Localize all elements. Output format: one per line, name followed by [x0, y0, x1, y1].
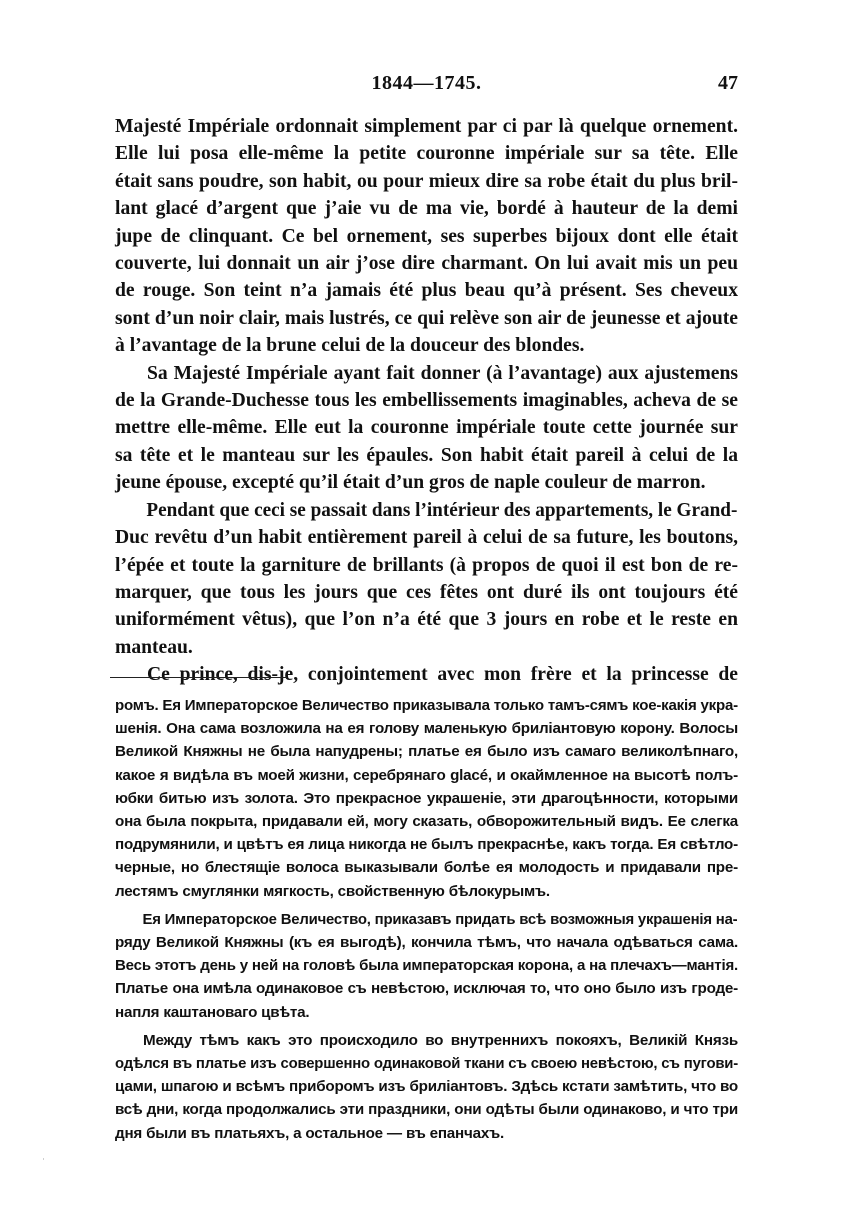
footnote-line: лестямъ смуглянки мягкость, свойственную…	[115, 880, 738, 903]
footnote-line: цами, шпагою и всѣмъ приборомъ изъ брилі…	[115, 1075, 738, 1098]
footnote-line: Великой Княжны не была напудрены; платье…	[115, 740, 738, 763]
main-text: Majesté Impériale ordonnait simplement p…	[115, 113, 738, 689]
footnotes-russian-translation: ромъ. Ея Императорское Величество приказ…	[115, 694, 738, 1145]
text-line: Ce prince, dis-je, conjointement avec mo…	[115, 661, 738, 688]
text-line: couverte, lui donnait un air j’ose dire …	[115, 250, 738, 277]
body-paragraph-2: Sa Majesté Impériale ayant fait donner (…	[115, 360, 738, 497]
text-line: Majesté Impériale ordonnait simplement p…	[115, 113, 738, 140]
text-line: sa tête et le manteau sur les épaules. S…	[115, 442, 738, 469]
body-paragraph-1: Majesté Impériale ordonnait simplement p…	[115, 113, 738, 360]
footnote-line: она была покрыта, придавали ей, могу ска…	[115, 810, 738, 833]
footnote-line: шенія. Она сама возложила на ея голову м…	[115, 717, 738, 740]
footnote-line: Весь этотъ день у ней на головѣ была имп…	[115, 954, 738, 977]
text-line: uniformément vêtus), que l’on n’a été qu…	[115, 606, 738, 633]
text-line: Sa Majesté Impériale ayant fait donner (…	[115, 360, 738, 387]
footnote-line: Ея Императорское Величество, приказавъ п…	[115, 908, 765, 931]
running-title: 1844—1745.	[115, 72, 738, 95]
text-line: lant glacé d’argent que j’aie vu de ma v…	[115, 195, 738, 222]
footnote-line: ряду Великой Княжны (къ ея выгодѣ), конч…	[115, 931, 738, 954]
footnote-line: напля каштановаго цвѣта.	[115, 1001, 738, 1024]
footnote-line: Между тѣмъ какъ это происходило во внутр…	[115, 1029, 738, 1052]
text-line: sont d’un noir clair, mais lustrés, ce q…	[115, 305, 738, 332]
body-paragraph-4: Ce prince, dis-je, conjointement avec mo…	[115, 661, 738, 688]
footnote-line: ромъ. Ея Императорское Величество приказ…	[115, 694, 738, 717]
footnote-line: какое я видѣла въ моей жизни, серебрянаг…	[115, 764, 738, 787]
page-number: 47	[718, 72, 738, 95]
footnote-line: дня были въ платьяхъ, а остальное — въ е…	[115, 1122, 738, 1145]
body-paragraph-3: Pendant que ceci se passait dans l’intér…	[115, 497, 738, 661]
text-line: était sans poudre, son habit, ou pour mi…	[115, 168, 738, 195]
text-line: à l’avantage de la brune celui de la dou…	[115, 332, 738, 359]
text-line: Elle lui posa elle-même la petite couron…	[115, 140, 738, 167]
text-line: Pendant que ceci se passait dans l’intér…	[115, 497, 769, 524]
text-line: jupe de clinquant. Ce bel ornement, ses …	[115, 223, 738, 250]
text-line: jeune épouse, excepté qu’il était d’un g…	[115, 469, 738, 496]
footnote-line: подрумянили, и цвѣтъ ея лица никогда не …	[115, 833, 738, 856]
footnote-line: юбки битью изъ золота. Это прекрасное ук…	[115, 787, 738, 810]
footnote-line: черные, но блестящіе волоса выказывали б…	[115, 856, 738, 879]
footnote-paragraph-1: ромъ. Ея Императорское Величество приказ…	[115, 694, 738, 903]
footnote-line: одѣлся въ платье изъ совершенно одинаков…	[115, 1052, 738, 1075]
footnote-paragraph-3: Между тѣмъ какъ это происходило во внутр…	[115, 1029, 738, 1145]
text-line: de la Grande-Duchesse tous les embelliss…	[115, 387, 738, 414]
text-line: Duc revêtu d’un habit entièrement pareil…	[115, 524, 738, 551]
text-line: marquer, que tous les jours que ces fête…	[115, 579, 738, 606]
text-line: manteau.	[115, 634, 738, 661]
footnote-paragraph-2: Ея Императорское Величество, приказавъ п…	[115, 908, 738, 1024]
text-line: de rouge. Son teint n’a jamais été plus …	[115, 277, 738, 304]
footnote-separator	[110, 677, 287, 678]
scan-speck	[43, 1158, 44, 1160]
footnote-line: Платье она имѣла одинаковое съ невѣстою,…	[115, 977, 738, 1000]
text-line: mettre elle-même. Elle eut la couronne i…	[115, 414, 738, 441]
text-line: l’épée et toute la garniture de brillant…	[115, 552, 738, 579]
running-head: 1844—1745. 47	[115, 72, 738, 98]
footnote-line: всѣ дни, когда продолжались эти праздник…	[115, 1098, 738, 1121]
